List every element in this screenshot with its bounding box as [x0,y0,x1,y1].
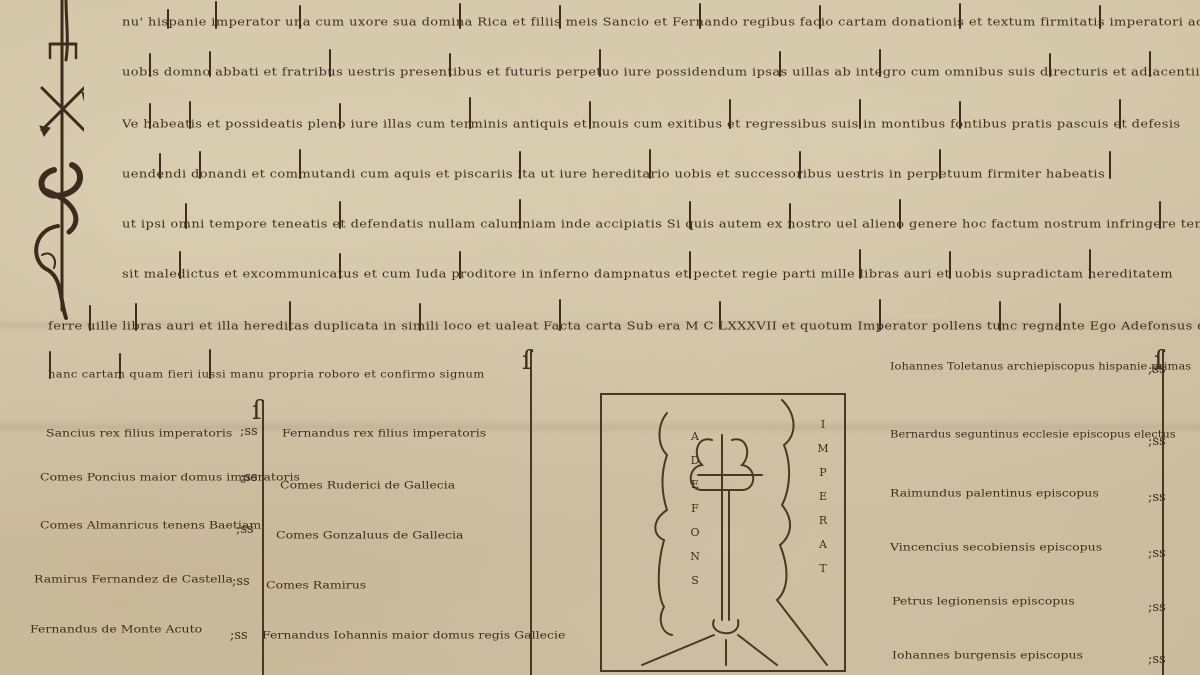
witness-entry: Fernandus de Monte Acuto [30,622,202,635]
charter-line-3: Ve habeatis et possideatis pleno iure il… [122,118,1180,131]
witness-entry: Comes Ramirus [266,578,366,591]
confirmation-mark: ;ss [240,424,258,439]
witness-entry: Fernandus Iohannis maior domus regis Gal… [262,628,565,641]
cross-signum-icon [602,395,844,670]
witness-entry: Comes Gonzaluus de Gallecia [276,528,463,541]
charter-line-5: ut ipsi omni tempore teneatis et defenda… [122,218,1200,231]
column-rule-middle [530,350,532,675]
witness-entry: Bernardus seguntinus ecclesie episcopus … [890,428,1176,440]
charter-line-8: hanc cartam quam fieri iussi manu propri… [48,368,485,380]
charter-line-1: nu' hispanie imperator una cum uxore sua… [122,16,1200,29]
witness-entry: Raimundus palentinus episcopus [890,486,1099,499]
charter-line-2: uobis domno abbati et fratribus uestris … [122,66,1200,79]
confirmation-mark: ;ss [230,628,248,643]
signum-box: A D E F O N S I M P E R A T [600,393,846,672]
confirmation-mark: ;ss [240,470,258,485]
witness-entry: Iohannes burgensis episcopus [892,648,1083,661]
signum-left-letters: A D E F O N S [688,425,702,593]
witness-entry: Iohannes Toletanus archiepiscopus hispan… [890,360,1191,372]
witness-entry: Comes Almanricus tenens Baetiam [40,518,261,531]
witness-entry: Sancius rex filius imperatoris [46,426,232,439]
confirmation-mark: ;ss [1148,490,1166,505]
confirmation-mark: ;ss [1148,652,1166,667]
signum-right-letters: I M P E R A T [816,413,830,581]
witness-entry: Fernandus rex filius imperatoris [282,426,486,439]
chrismon-icon [14,0,84,340]
witness-entry: Comes Ruderici de Gallecia [280,478,455,491]
witness-entry: Comes Poncius maior domus imperatoris [40,470,300,483]
confirmation-mark: ;ss [236,522,254,537]
witness-entry: Petrus legionensis episcopus [892,594,1075,607]
column-hook: ſ [1154,346,1164,376]
confirmation-mark: ;ss [1148,434,1166,449]
column-rule-right [1162,350,1164,675]
column-hook: ſ [522,346,532,376]
confirmation-mark: ;ss [1148,600,1166,615]
confirmation-mark: ;ss [232,574,250,589]
witness-entry: Ramirus Fernandez de Castella [34,572,233,585]
witness-entry: Vincencius secobiensis episcopus [890,540,1102,553]
charter-line-4: uendendi donandi et commutandi cum aquis… [122,168,1105,181]
charter-line-6: sit maledictus et excommunicatus et cum … [122,268,1173,281]
charter-line-7: ferre uille libras auri et illa heredita… [48,320,1200,333]
column-hook: ſ [252,396,262,426]
confirmation-mark: ;ss [1148,546,1166,561]
